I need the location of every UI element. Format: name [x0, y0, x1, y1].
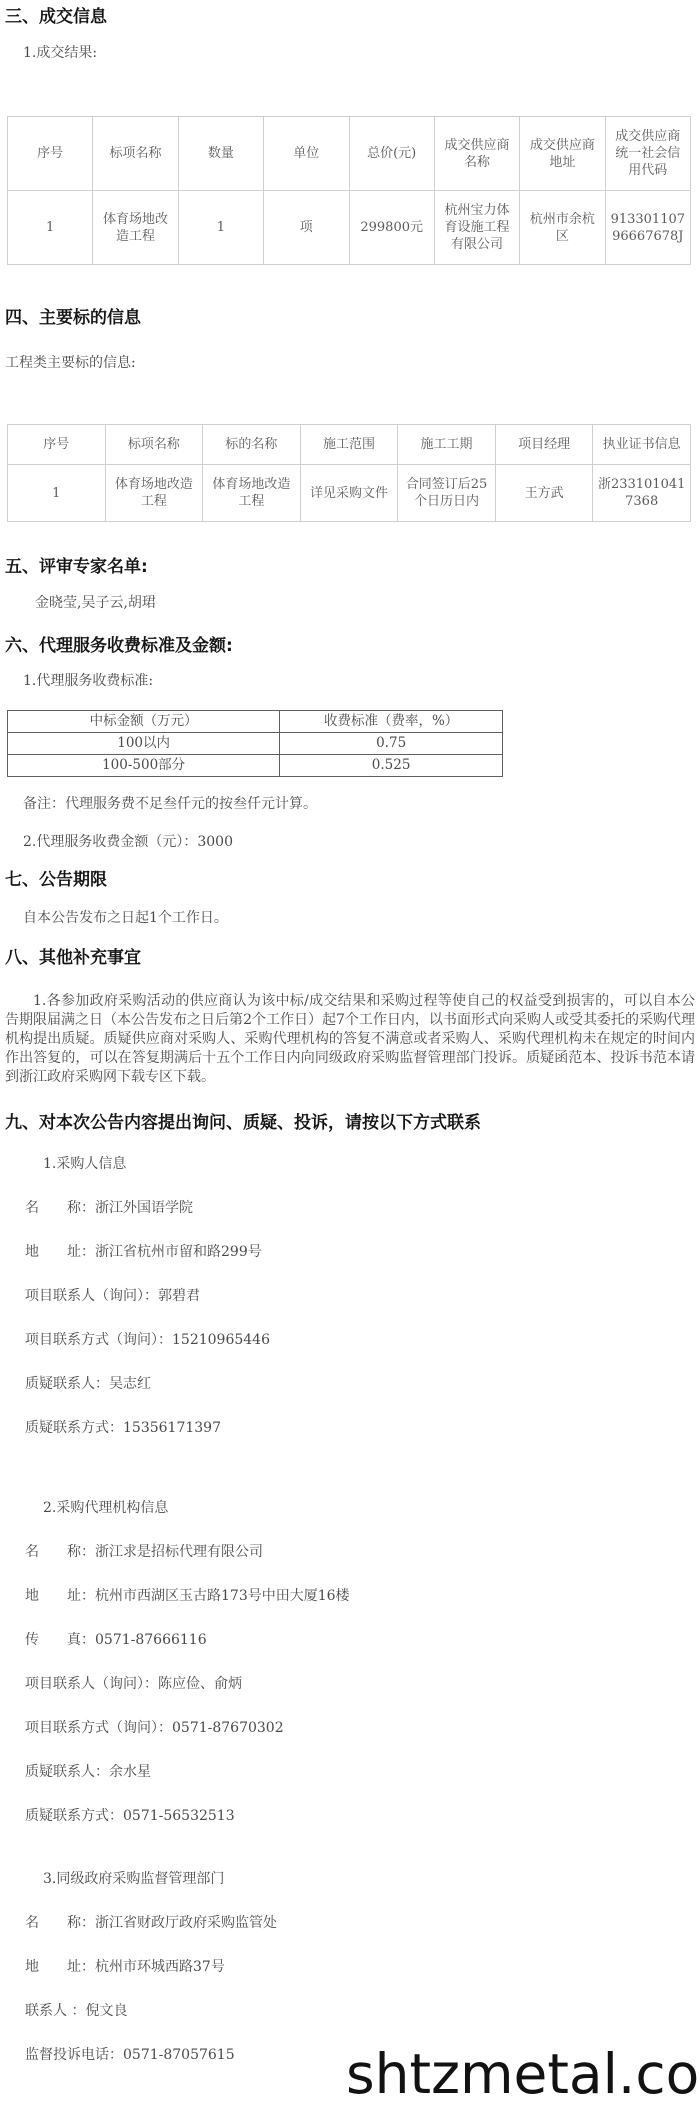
table-header-row: 序号 标项名称 标的名称 施工范围 施工工期 项目经理 执业证书信息: [8, 425, 691, 465]
fee-table-header-row: 中标金额（万元） 收费标准（费率，%）: [8, 711, 503, 733]
engineering-subject-intro: 工程类主要标的信息:: [5, 354, 695, 372]
cell-seq: 1: [8, 465, 106, 522]
agency-fee-table: 中标金额（万元） 收费标准（费率，%） 100以内 0.75 100-500部分…: [7, 710, 503, 777]
section-title-agency-fee: 六、代理服务收费标准及金额:: [5, 636, 695, 657]
cell-license-number: 浙2331010417368: [593, 465, 691, 522]
agency-name-line: 名 称：浙江求是招标代理有限公司: [25, 1543, 695, 1561]
main-subject-table: 序号 标项名称 标的名称 施工范围 施工工期 项目经理 执业证书信息 1 体育场…: [7, 424, 691, 522]
section-title-announcement-period: 七、公告期限: [5, 870, 695, 891]
agency-fee-standard-label: 1.代理服务收费标准:: [23, 672, 695, 690]
purchaser-address-line: 地 址：浙江省杭州市留和路299号: [25, 1243, 695, 1261]
header-seq: 序号: [8, 117, 93, 191]
header-seq: 序号: [8, 425, 106, 465]
agency-query-contact-line: 质疑联系人：余水星: [25, 1763, 695, 1781]
header-subject-name: 标的名称: [203, 425, 301, 465]
cell-subject-name: 体育场地改造工程: [203, 465, 301, 522]
purchaser-query-contact-line: 质疑联系人：吴志红: [25, 1375, 695, 1393]
supervisor-info-block: 3.同级政府采购监督管理部门 名 称：浙江省财政厅政府采购监管处 地 址：杭州市…: [5, 1870, 695, 2064]
agency-query-phone-line: 质疑联系方式：0571-56532513: [25, 1807, 695, 1825]
agency-info-heading: 2.采购代理机构信息: [43, 1499, 695, 1517]
cell-unit: 项: [264, 191, 349, 265]
header-supplier-name: 成交供应商名称: [434, 117, 519, 191]
purchaser-project-phone-line: 项目联系方式（询问）：15210965446: [25, 1331, 695, 1349]
section-title-main-subject-info: 四、主要标的信息: [5, 308, 695, 329]
header-award-amount: 中标金额（万元）: [8, 711, 280, 733]
header-unit: 单位: [264, 117, 349, 191]
transaction-result-label: 1.成交结果:: [23, 44, 695, 62]
expert-names: 金晓莹,吴子云,胡珺: [35, 594, 695, 612]
purchaser-query-phone-line: 质疑联系方式：15356171397: [25, 1419, 695, 1437]
cell-lot-name: 体育场地改造工程: [105, 465, 203, 522]
section-title-other-matters: 八、其他补充事宜: [5, 948, 695, 969]
agency-project-phone-line: 项目联系方式（询问）：0571-87670302: [25, 1719, 695, 1737]
cell-rate: 0.525: [280, 755, 503, 777]
cell-lot-name: 体育场地改造工程: [93, 191, 178, 265]
header-total-price: 总价(元): [349, 117, 434, 191]
fee-note: 备注：代理服务费不足叁仟元的按叁仟元计算。: [23, 795, 695, 813]
section-title-contact-methods: 九、对本次公告内容提出询问、质疑、投诉，请按以下方式联系: [5, 1113, 695, 1134]
header-construction-scope: 施工范围: [300, 425, 398, 465]
cell-amount-range: 100以内: [8, 733, 280, 755]
watermark: shtzmetal.com: [346, 2044, 700, 2104]
header-credit-code: 成交供应商统一社会信用代码: [605, 117, 690, 191]
agency-fee-amount: 2.代理服务收费金额（元）：3000: [23, 833, 695, 851]
cell-quantity: 1: [178, 191, 263, 265]
table-row: 1 体育场地改造工程 1 项 299800元 杭州宝力体育设施工程有限公司 杭州…: [8, 191, 691, 265]
agency-project-contact-line: 项目联系人（询问）：陈应俭、俞炳: [25, 1675, 695, 1693]
table-header-row: 序号 标项名称 数量 单位 总价(元) 成交供应商名称 成交供应商地址 成交供应…: [8, 117, 691, 191]
procurement-announcement-document: 三、成交信息 1.成交结果: 序号 标项名称 数量 单位 总价(元) 成交供应商…: [0, 0, 700, 2064]
agency-fax-line: 传 真：0571-87666116: [25, 1631, 695, 1649]
header-lot-name: 标项名称: [105, 425, 203, 465]
header-fee-rate: 收费标准（费率，%）: [280, 711, 503, 733]
other-matters-paragraph: 1.各参加政府采购活动的供应商认为该中标/成交结果和采购过程等使自己的权益受到损…: [5, 992, 695, 1087]
fee-table-row: 100-500部分 0.525: [8, 755, 503, 777]
agency-address-line: 地 址：杭州市西湖区玉古路173号中田大厦16楼: [25, 1587, 695, 1605]
cell-total-price: 299800元: [349, 191, 434, 265]
cell-project-manager: 王方武: [495, 465, 593, 522]
supervisor-contact-line: 联系人 ：倪文良: [25, 2002, 695, 2020]
transaction-result-table: 序号 标项名称 数量 单位 总价(元) 成交供应商名称 成交供应商地址 成交供应…: [7, 116, 691, 265]
supervisor-info-heading: 3.同级政府采购监督管理部门: [43, 1870, 695, 1888]
table-row: 1 体育场地改造工程 体育场地改造工程 详见采购文件 合同签订后25个日历日内 …: [8, 465, 691, 522]
cell-construction-scope: 详见采购文件: [300, 465, 398, 522]
supervisor-address-line: 地 址：杭州市环城西路37号: [25, 1958, 695, 1976]
purchaser-project-contact-line: 项目联系人（询问）：郭碧君: [25, 1287, 695, 1305]
cell-supplier-name: 杭州宝力体育设施工程有限公司: [434, 191, 519, 265]
header-lot-name: 标项名称: [93, 117, 178, 191]
section-title-transaction-info: 三、成交信息: [5, 7, 695, 28]
purchaser-info-block: 1.采购人信息 名 称：浙江外国语学院 地 址：浙江省杭州市留和路299号 项目…: [5, 1155, 695, 1437]
cell-seq: 1: [8, 191, 93, 265]
header-construction-period: 施工工期: [398, 425, 496, 465]
cell-amount-range: 100-500部分: [8, 755, 280, 777]
section-title-expert-list: 五、评审专家名单:: [5, 557, 695, 578]
cell-credit-code: 91330110796667678J: [605, 191, 690, 265]
purchaser-name-line: 名 称：浙江外国语学院: [25, 1199, 695, 1217]
purchaser-info-heading: 1.采购人信息: [43, 1155, 695, 1173]
cell-supplier-address: 杭州市余杭区: [520, 191, 605, 265]
header-project-manager: 项目经理: [495, 425, 593, 465]
cell-construction-period: 合同签订后25个日历日内: [398, 465, 496, 522]
announcement-period-text: 自本公告发布之日起1个工作日。: [23, 909, 695, 927]
header-license-info: 执业证书信息: [593, 425, 691, 465]
agency-info-block: 2.采购代理机构信息 名 称：浙江求是招标代理有限公司 地 址：杭州市西湖区玉古…: [5, 1499, 695, 1825]
header-quantity: 数量: [178, 117, 263, 191]
header-supplier-address: 成交供应商地址: [520, 117, 605, 191]
supervisor-name-line: 名 称：浙江省财政厅政府采购监管处: [25, 1914, 695, 1932]
cell-rate: 0.75: [280, 733, 503, 755]
fee-table-row: 100以内 0.75: [8, 733, 503, 755]
